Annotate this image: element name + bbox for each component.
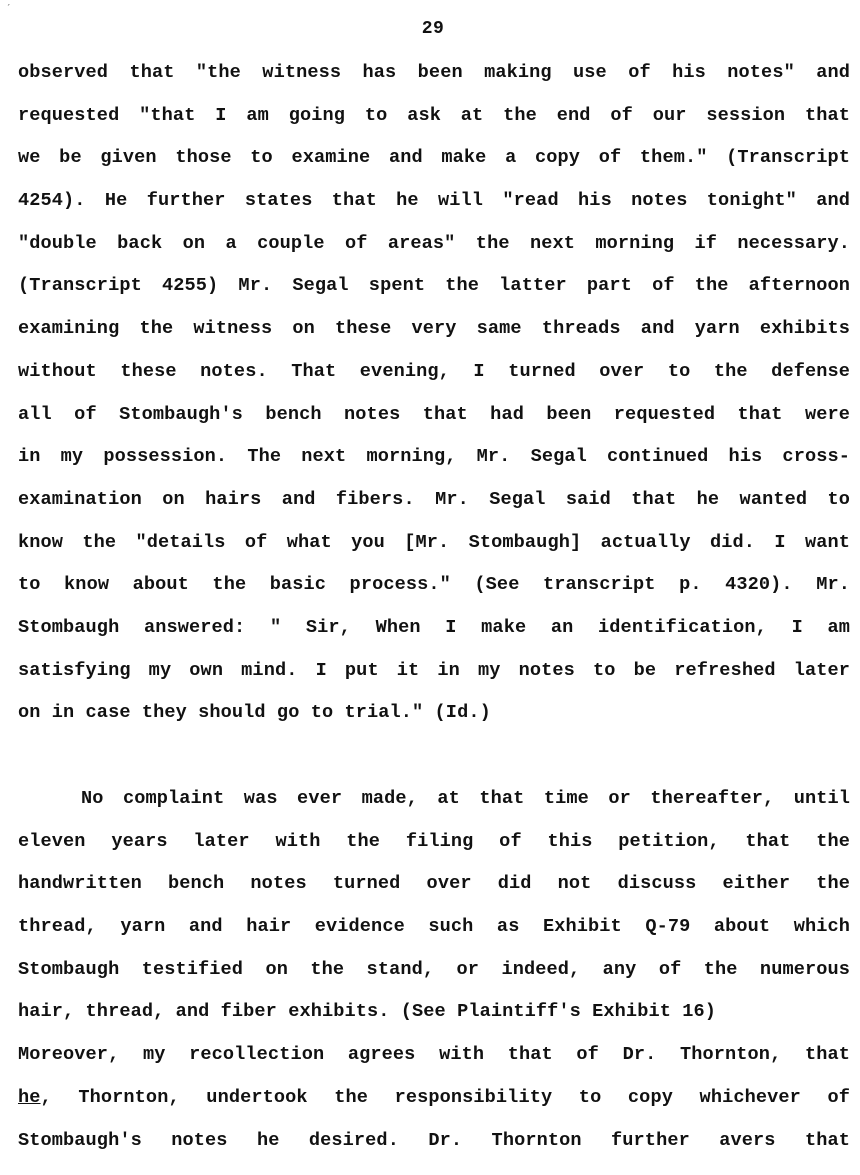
text-line: satisfying my own mind. I put it in my n… xyxy=(18,650,850,693)
text-line: hair, thread, and fiber exhibits. (See P… xyxy=(18,991,850,1034)
text-line: eleven years later with the filing of th… xyxy=(18,821,850,864)
underlined-word: he xyxy=(18,1087,41,1108)
text-line: observed that "the witness has been maki… xyxy=(18,52,850,95)
text-line: know the "details of what you [Mr. Stomb… xyxy=(18,522,850,565)
text-line: examination on hairs and fibers. Mr. Seg… xyxy=(18,479,850,522)
text-line: all of Stombaugh's bench notes that had … xyxy=(18,394,850,437)
text-line: "double back on a couple of areas" the n… xyxy=(18,223,850,266)
text-line: requested "that I am going to ask at the… xyxy=(18,95,850,138)
scan-corner-mark: ´ xyxy=(6,4,11,14)
text-line: Moreover, my recollection agrees with th… xyxy=(18,1034,850,1077)
page-number: 29 xyxy=(0,19,860,39)
text-line: examining the witness on these very same… xyxy=(18,308,850,351)
text-line: to know about the basic process." (See t… xyxy=(18,564,850,607)
text-line: Stombaugh answered: " Sir, When I make a… xyxy=(18,607,850,650)
text-line: (Transcript 4255) Mr. Segal spent the la… xyxy=(18,265,850,308)
paragraph-1: observed that "the witness has been maki… xyxy=(18,52,850,735)
text-line: without these notes. That evening, I tur… xyxy=(18,351,850,394)
paragraph-2: No complaint was ever made, at that time… xyxy=(18,778,850,1162)
text-line: on in case they should go to trial." (Id… xyxy=(18,692,850,735)
text-line: in my possession. The next morning, Mr. … xyxy=(18,436,850,479)
text-line: 4254). He further states that he will "r… xyxy=(18,180,850,223)
text-line: handwritten bench notes turned over did … xyxy=(18,863,850,906)
text-line: we be given those to examine and make a … xyxy=(18,137,850,180)
text-line-underlined: he, Thornton, undertook the responsibili… xyxy=(18,1077,850,1120)
text-line: No complaint was ever made, at that time… xyxy=(18,778,850,821)
text-line: thread, yarn and hair evidence such as E… xyxy=(18,906,850,949)
text-line: Stombaugh testified on the stand, or ind… xyxy=(18,949,850,992)
text-line: Stombaugh's notes he desired. Dr. Thornt… xyxy=(18,1120,850,1163)
